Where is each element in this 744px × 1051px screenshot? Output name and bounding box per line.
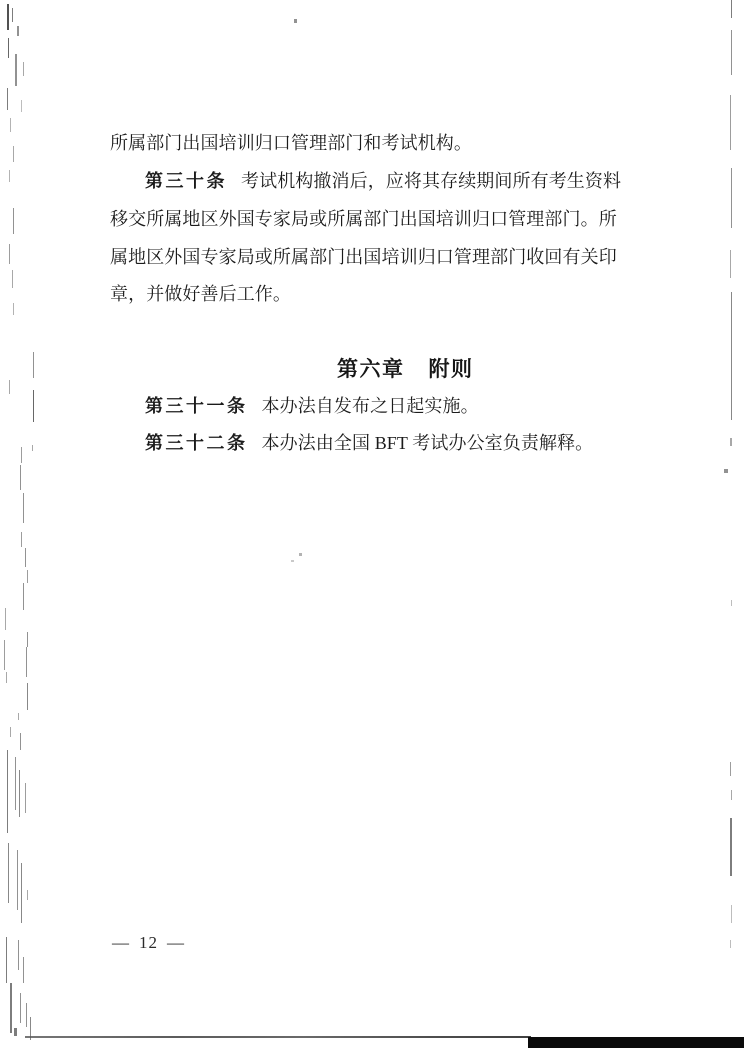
scan-mark xyxy=(23,583,24,610)
scan-mark xyxy=(27,570,28,583)
body-line-4: 属地区外国专家局或所属部门出国培训归口管理部门收回有关印 xyxy=(110,246,617,268)
article-32-text: 本办法由全国 BFT 考试办公室负责解释。 xyxy=(262,433,594,453)
scan-bottom-line xyxy=(25,1036,531,1038)
scan-mark xyxy=(730,250,731,278)
scan-mark xyxy=(21,532,22,547)
body-line-5: 章，并做好善后工作。 xyxy=(110,283,291,305)
scan-mark xyxy=(294,19,297,23)
scan-mark xyxy=(17,26,19,36)
scan-mark xyxy=(6,937,7,983)
scan-mark xyxy=(291,560,294,562)
scan-mark xyxy=(7,88,8,110)
body-line-2: 第三十条考试机构撤消后，应将其存续期间所有考生资料 xyxy=(145,170,621,192)
scan-mark xyxy=(299,553,302,556)
page-number-right-dash: — xyxy=(167,933,185,953)
scan-mark xyxy=(21,100,22,112)
scan-mark xyxy=(6,672,7,683)
scan-mark xyxy=(10,727,11,737)
scan-mark xyxy=(7,750,8,833)
scan-mark xyxy=(15,54,17,86)
scan-mark xyxy=(10,118,11,132)
scan-mark xyxy=(731,600,732,606)
scan-mark xyxy=(730,438,732,446)
article-31-text: 本办法自发布之日起实施。 xyxy=(262,396,479,416)
scan-mark xyxy=(33,390,34,422)
scan-mark xyxy=(27,683,28,710)
scan-mark xyxy=(23,957,24,983)
scan-mark xyxy=(18,940,19,970)
scan-mark xyxy=(26,1003,27,1027)
scan-mark xyxy=(731,905,732,923)
scan-mark xyxy=(730,95,731,150)
scan-mark xyxy=(21,447,22,463)
page-number: — 12 — xyxy=(112,933,185,953)
scan-mark xyxy=(730,762,731,776)
scan-mark xyxy=(25,548,26,567)
scan-mark xyxy=(731,168,732,228)
article-32-number: 第三十二条 xyxy=(145,433,248,453)
scan-mark xyxy=(730,818,732,876)
scan-mark xyxy=(731,292,732,420)
scan-mark xyxy=(9,170,10,182)
scan-mark xyxy=(15,757,16,810)
body-line-4-text: 属地区外国专家局或所属部门出国培训归口管理部门收回有关印 xyxy=(110,247,617,267)
scan-mark xyxy=(18,713,19,720)
article-30-number: 第三十条 xyxy=(145,171,227,191)
scan-mark xyxy=(7,4,9,30)
article-32-line: 第三十二条本办法由全国 BFT 考试办公室负责解释。 xyxy=(145,432,593,454)
scan-mark xyxy=(13,208,14,234)
scan-mark xyxy=(26,647,27,677)
scan-bottom-bar xyxy=(528,1037,744,1048)
scan-mark xyxy=(27,890,28,900)
scan-mark xyxy=(8,843,9,903)
scan-mark xyxy=(731,30,732,75)
chapter-number: 第六章 xyxy=(337,357,405,381)
scan-mark xyxy=(9,244,10,264)
scan-mark xyxy=(19,770,20,817)
page-number-value: 12 xyxy=(139,933,158,953)
scan-mark xyxy=(27,632,28,647)
body-line-3-text: 移交所属地区外国专家局或所属部门出国培训归口管理部门。所 xyxy=(110,209,617,229)
scan-mark xyxy=(33,352,34,378)
scan-mark xyxy=(17,850,18,910)
scan-mark xyxy=(23,493,24,523)
scanned-page: 所属部门出国培训归口管理部门和考试机构。 第三十条考试机构撤消后，应将其存续期间… xyxy=(0,0,744,1051)
scan-mark xyxy=(32,445,33,451)
chapter-heading: 第六章附则 xyxy=(337,357,474,381)
scan-mark xyxy=(25,783,26,813)
article-31-number: 第三十一条 xyxy=(145,396,248,416)
scan-mark xyxy=(14,1028,17,1036)
body-line-1: 所属部门出国培训归口管理部门和考试机构。 xyxy=(110,132,472,154)
scan-mark xyxy=(20,465,21,490)
scan-mark xyxy=(5,608,6,630)
body-line-1-text: 所属部门出国培训归口管理部门和考试机构。 xyxy=(110,133,472,153)
article-31-line: 第三十一条本办法自发布之日起实施。 xyxy=(145,395,479,417)
page-number-left-dash: — xyxy=(112,933,130,953)
scan-mark xyxy=(12,8,13,22)
scan-mark xyxy=(21,863,22,923)
scan-mark xyxy=(8,38,9,58)
scan-mark xyxy=(10,983,12,1033)
body-line-5-text: 章，并做好善后工作。 xyxy=(110,284,291,304)
chapter-title: 附则 xyxy=(429,357,474,381)
body-line-2-text: 考试机构撤消后，应将其存续期间所有考生资料 xyxy=(241,171,621,191)
scan-mark xyxy=(13,303,14,315)
scan-mark xyxy=(20,733,21,750)
scan-mark xyxy=(23,62,24,76)
scan-mark xyxy=(13,146,14,162)
scan-mark xyxy=(9,380,10,394)
body-line-3: 移交所属地区外国专家局或所属部门出国培训归口管理部门。所 xyxy=(110,208,617,230)
scan-mark xyxy=(731,0,732,18)
scan-mark xyxy=(731,790,732,800)
scan-mark xyxy=(730,940,731,948)
scan-mark xyxy=(724,469,728,473)
scan-mark xyxy=(4,640,5,670)
scan-mark xyxy=(12,270,13,288)
scan-mark xyxy=(20,993,21,1023)
